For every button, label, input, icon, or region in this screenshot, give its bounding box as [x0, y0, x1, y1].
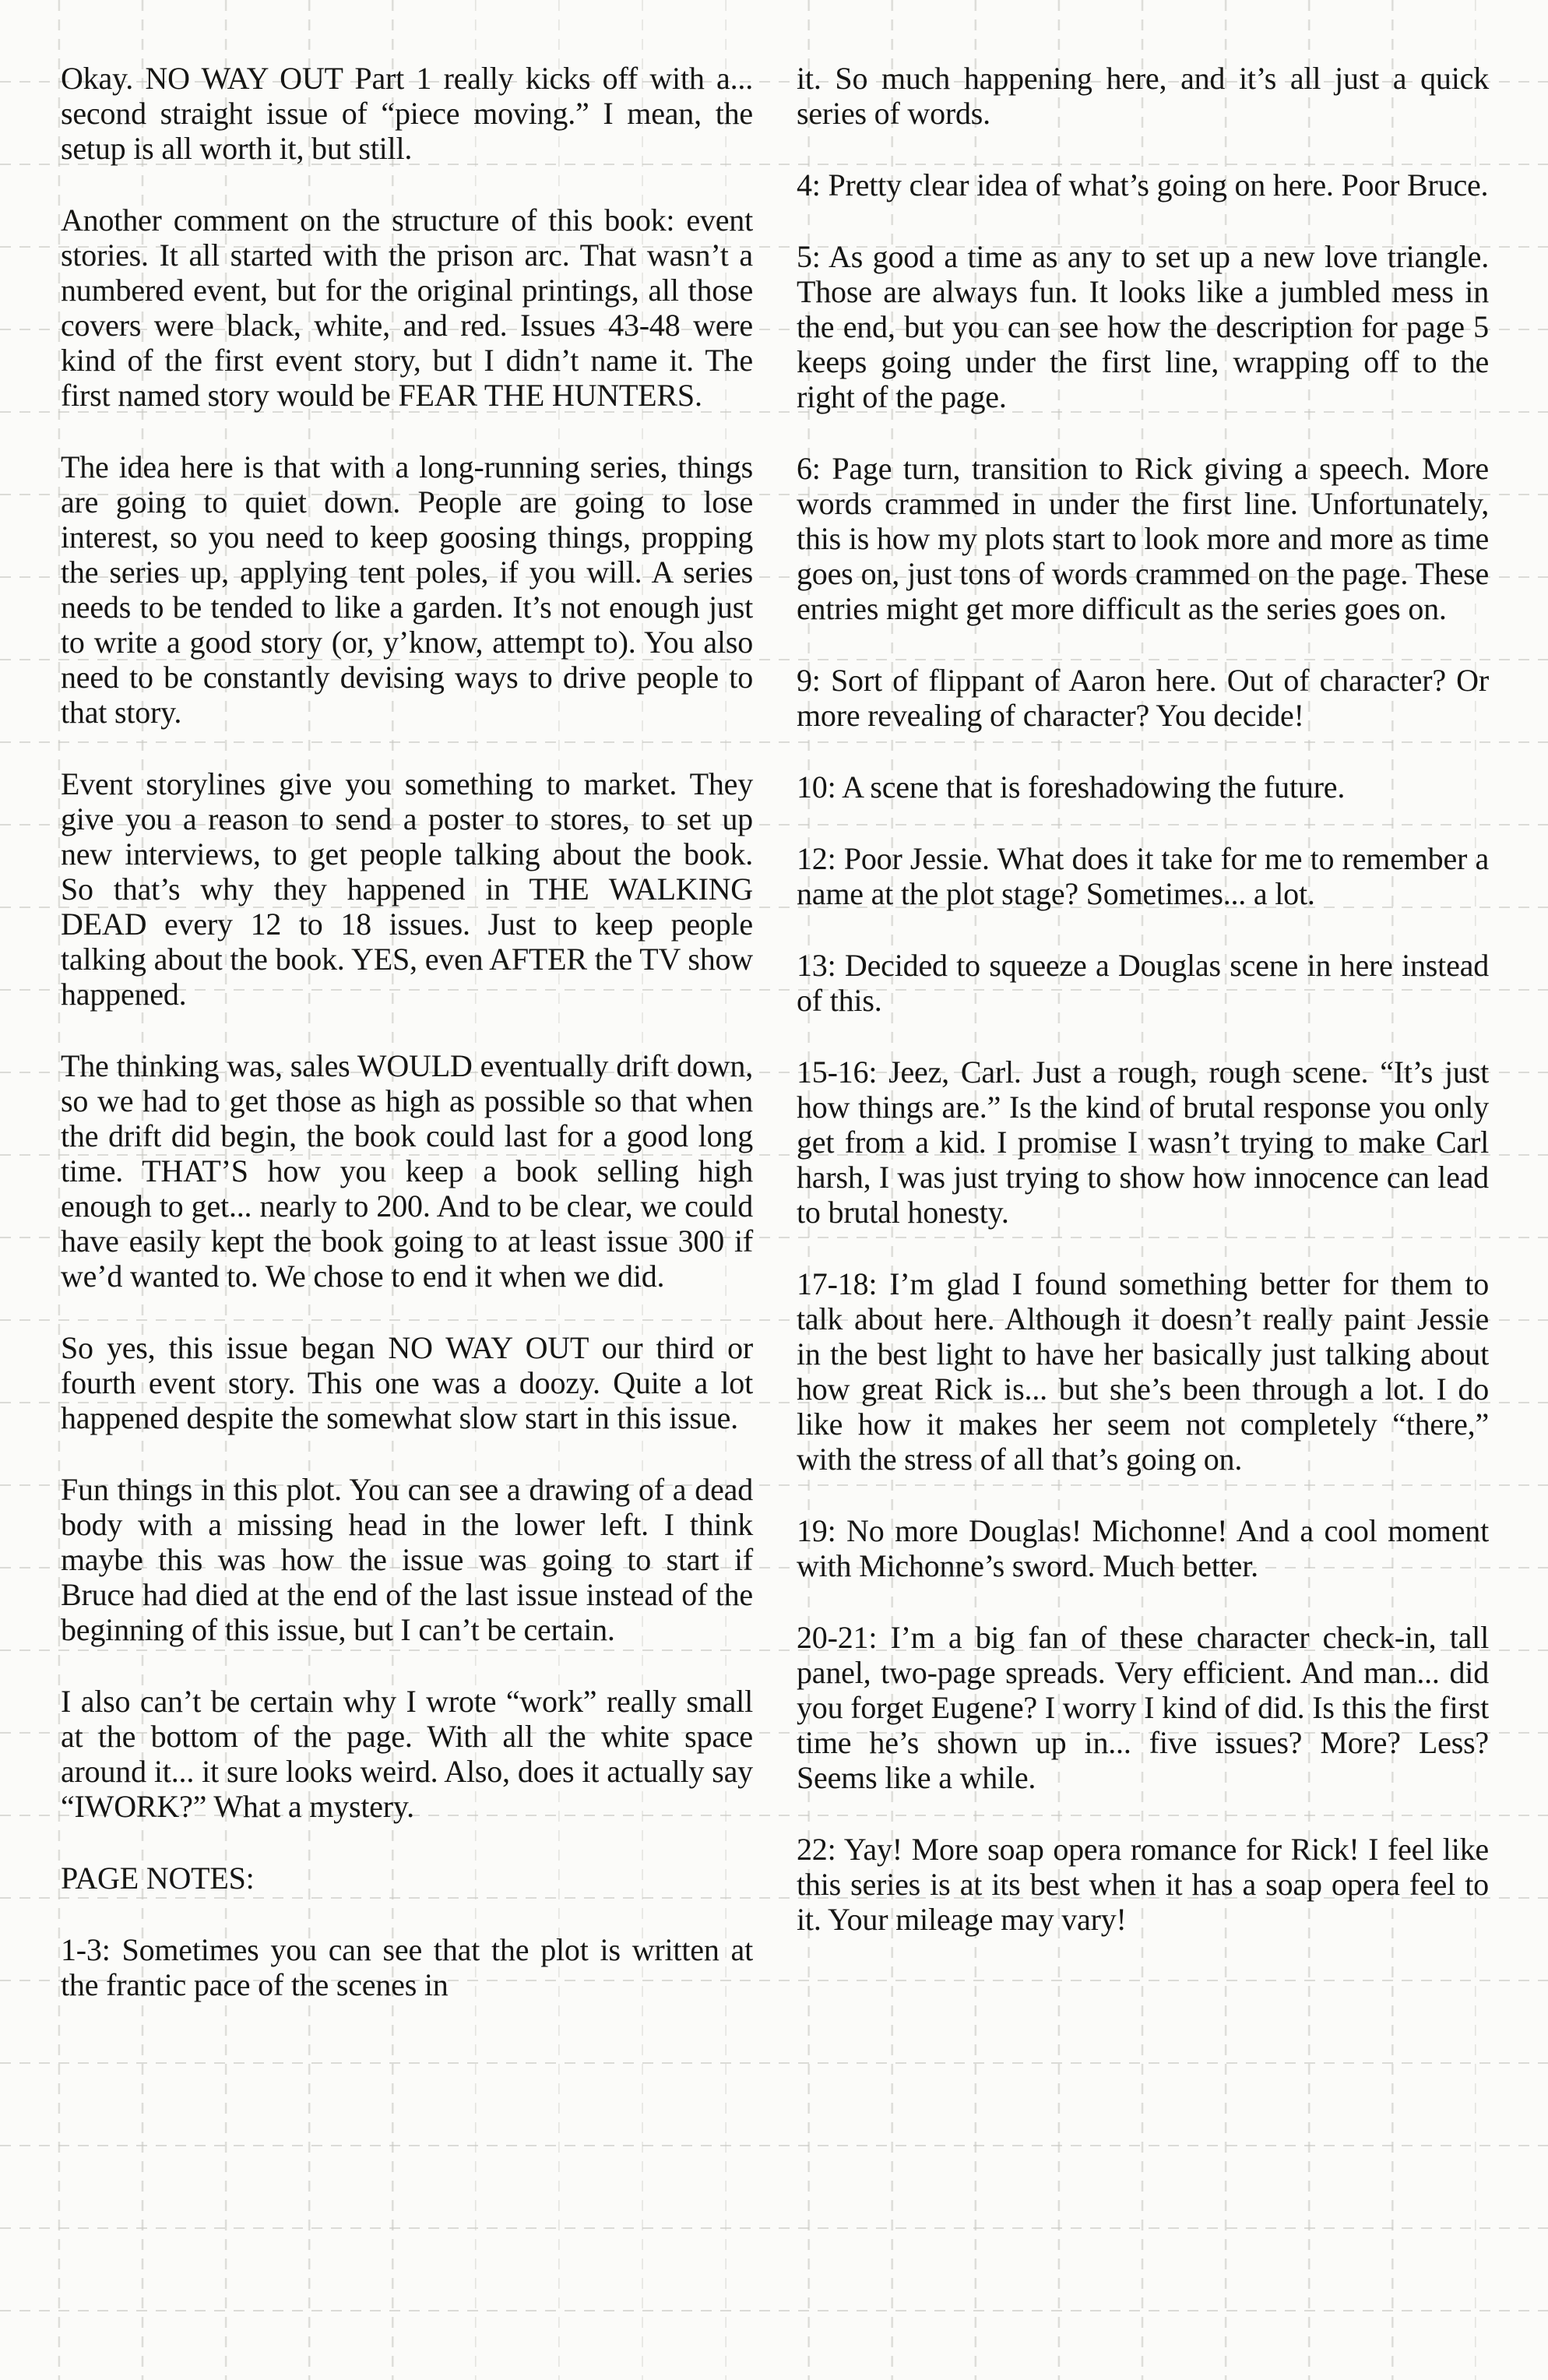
paragraph: 5: As good a time as any to set up a new…: [797, 239, 1489, 414]
paragraph: 6: Page turn, transition to Rick giving …: [797, 451, 1489, 626]
text-columns: Okay. NO WAY OUT Part 1 really kicks off…: [0, 0, 1548, 2380]
commentary-page: Okay. NO WAY OUT Part 1 really kicks off…: [0, 0, 1548, 2380]
paragraph: The idea here is that with a long-runnin…: [61, 449, 753, 730]
paragraph: Event storylines give you something to m…: [61, 766, 753, 1012]
paragraph: 1-3: Sometimes you can see that the plot…: [61, 1932, 753, 2002]
paragraph: 19: No more Douglas! Michonne! And a coo…: [797, 1513, 1489, 1583]
paragraph: 9: Sort of flippant of Aaron here. Out o…: [797, 663, 1489, 733]
paragraph: 15-16: Jeez, Carl. Just a rough, rough s…: [797, 1054, 1489, 1230]
paragraph: Fun things in this plot. You can see a d…: [61, 1472, 753, 1647]
paragraph: Okay. NO WAY OUT Part 1 really kicks off…: [61, 61, 753, 166]
paragraph: 17-18: I’m glad I found something better…: [797, 1266, 1489, 1477]
paragraph: 10: A scene that is foreshadowing the fu…: [797, 769, 1489, 804]
right-column: it. So much happening here, and it’s all…: [797, 61, 1489, 2380]
paragraph: PAGE NOTES:: [61, 1861, 753, 1896]
paragraph: So yes, this issue began NO WAY OUT our …: [61, 1330, 753, 1435]
paragraph: Another comment on the structure of this…: [61, 202, 753, 413]
paragraph: 20-21: I’m a big fan of these character …: [797, 1620, 1489, 1795]
paragraph: The thinking was, sales WOULD eventually…: [61, 1048, 753, 1294]
paragraph: 12: Poor Jessie. What does it take for m…: [797, 841, 1489, 911]
left-column: Okay. NO WAY OUT Part 1 really kicks off…: [61, 61, 753, 2380]
paragraph: I also can’t be certain why I wrote “wor…: [61, 1684, 753, 1824]
paragraph: it. So much happening here, and it’s all…: [797, 61, 1489, 131]
paragraph: 4: Pretty clear idea of what’s going on …: [797, 167, 1489, 202]
paragraph: 13: Decided to squeeze a Douglas scene i…: [797, 948, 1489, 1018]
paragraph: 22: Yay! More soap opera romance for Ric…: [797, 1832, 1489, 1937]
